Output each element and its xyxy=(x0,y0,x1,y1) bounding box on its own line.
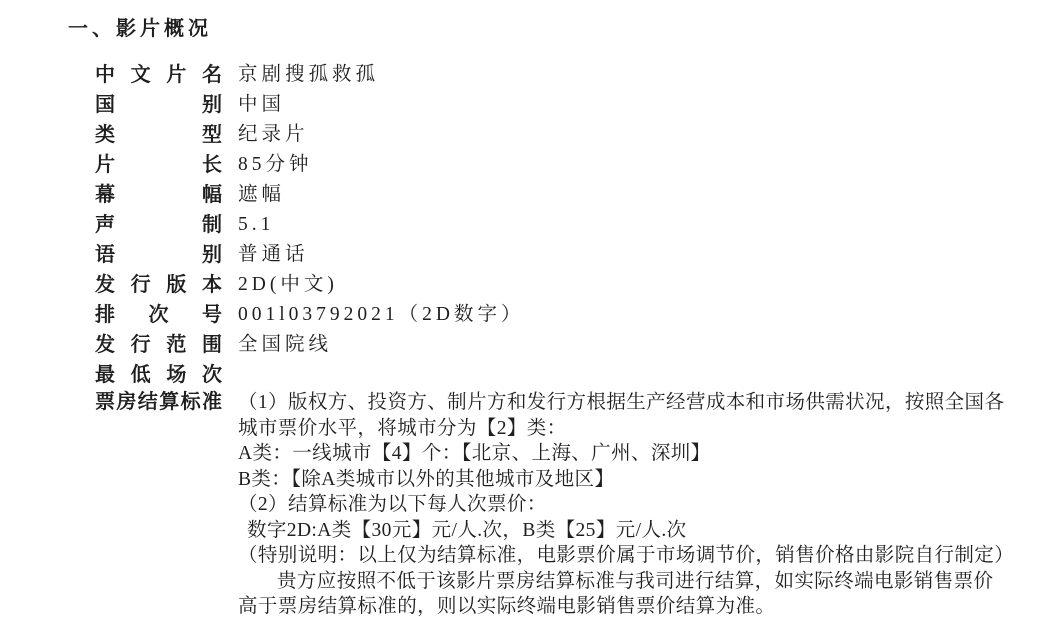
field-row-serial-number: 排次号 001l03792021（2D数字） xyxy=(95,300,1014,330)
field-value: 2D(中文) xyxy=(238,270,338,300)
section-title: 一、影片概况 xyxy=(68,12,212,41)
field-value: 全国院线 xyxy=(238,330,332,360)
field-label: 声制 xyxy=(95,210,222,240)
field-label: 幕幅 xyxy=(95,180,222,210)
field-label: 最低场次 xyxy=(95,360,222,390)
field-value: 001l03792021（2D数字） xyxy=(238,300,525,330)
settlement-paragraph: （1）版权方、投资方、制片方和发行方根据生产经营成本和市场供需状况，按照全国各 … xyxy=(238,390,1014,617)
field-value: 5.1 xyxy=(238,210,274,240)
paragraph-line: A类：一线城市【4】个：【北京、上海、广州、深圳】 xyxy=(238,441,1014,467)
field-value: 普通话 xyxy=(238,240,309,270)
field-value: 中国 xyxy=(238,90,285,120)
field-row-aspect: 幕幅 遮幅 xyxy=(95,180,1014,210)
field-value: 纪录片 xyxy=(238,120,309,150)
field-value: 京剧搜孤救孤 xyxy=(238,60,379,90)
field-row-release-scope: 发行范围 全国院线 xyxy=(95,330,1014,360)
paragraph-line: 高于票房结算标准的，则以实际终端电影销售票价结算为准。 xyxy=(238,594,1014,617)
paragraph-line: 贵方应按照不低于该影片票房结算标准与我司进行结算，如实际终端电影销售票价 xyxy=(238,569,1014,595)
field-label: 排次号 xyxy=(95,300,222,330)
field-row-settlement-standard: 票房结算标准 （1）版权方、投资方、制片方和发行方根据生产经营成本和市场供需状况… xyxy=(95,390,1014,617)
film-overview-document: 一、影片概况 中文片名 京剧搜孤救孤 国别 中国 类型 纪录片 片长 85分钟 … xyxy=(0,0,1055,617)
field-label: 片长 xyxy=(95,150,222,180)
field-label: 发行范围 xyxy=(95,330,222,360)
paragraph-line: 数字2D:A类【30元】元/人.次，B类【25】元/人.次 xyxy=(238,518,1014,544)
paragraph-line: （1）版权方、投资方、制片方和发行方根据生产经营成本和市场供需状况，按照全国各 xyxy=(238,390,1014,416)
field-row-country: 国别 中国 xyxy=(95,90,1014,120)
paragraph-line: 城市票价水平，将城市分为【2】类： xyxy=(238,416,1014,442)
field-label: 类型 xyxy=(95,120,222,150)
field-value: 85分钟 xyxy=(238,150,313,180)
field-row-sound: 声制 5.1 xyxy=(95,210,1014,240)
field-label: 票房结算标准 xyxy=(95,390,222,416)
field-label: 发行版本 xyxy=(95,270,222,300)
field-row-type: 类型 纪录片 xyxy=(95,120,1014,150)
field-label: 语别 xyxy=(95,240,222,270)
field-label: 中文片名 xyxy=(95,60,222,90)
paragraph-line: （特别说明：以上仅为结算标准，电影票价属于市场调节价，销售价格由影院自行制定） xyxy=(238,543,1014,569)
paragraph-line: B类：【除A类城市以外的其他城市及地区】 xyxy=(238,467,1014,493)
field-row-release-version: 发行版本 2D(中文) xyxy=(95,270,1014,300)
film-info-list: 中文片名 京剧搜孤救孤 国别 中国 类型 纪录片 片长 85分钟 幕幅 遮幅 声… xyxy=(95,60,1014,617)
field-row-min-screenings: 最低场次 xyxy=(95,360,1014,390)
field-row-chinese-title: 中文片名 京剧搜孤救孤 xyxy=(95,60,1014,90)
field-row-length: 片长 85分钟 xyxy=(95,150,1014,180)
field-label: 国别 xyxy=(95,90,222,120)
paragraph-line: （2）结算标准为以下每人次票价： xyxy=(238,492,1014,518)
field-row-language: 语别 普通话 xyxy=(95,240,1014,270)
field-value: 遮幅 xyxy=(238,180,285,210)
